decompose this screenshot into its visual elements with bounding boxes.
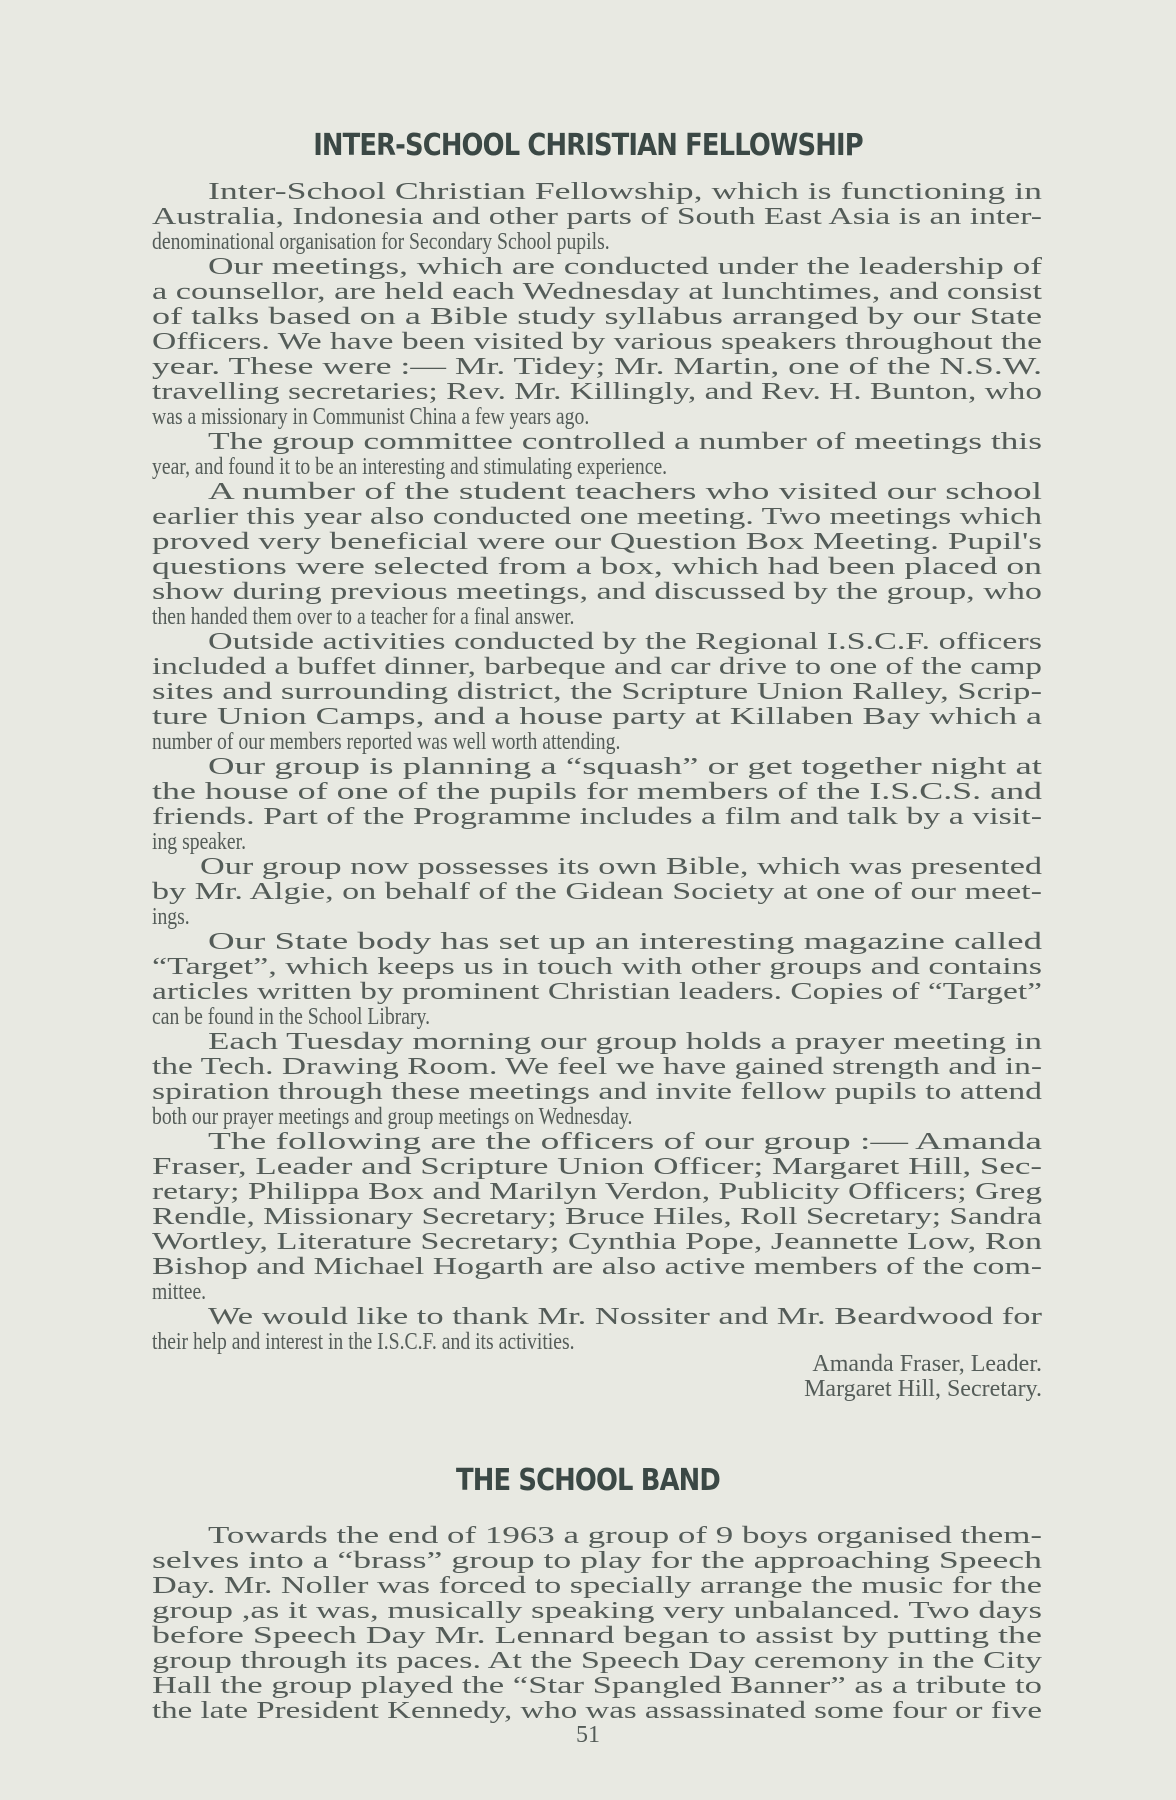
text-line: Our group is planning a “squash” or get … xyxy=(152,755,1042,780)
text-line: Rendle, Missionary Secretary; Bruce Hile… xyxy=(152,1205,1042,1230)
text-line: show during previous meetings, and discu… xyxy=(152,580,1042,605)
text-line: Our meetings, which are conducted under … xyxy=(152,255,1042,280)
paragraph: Each Tuesday morning our group holds a p… xyxy=(152,1030,1042,1130)
text-line: Hall the group played the “Star Spangled… xyxy=(152,1674,1042,1699)
text-line: included a buffet dinner, barbeque and c… xyxy=(152,655,1042,680)
text-line: mittee. xyxy=(152,1280,1042,1305)
text-line: friends. Part of the Programme includes … xyxy=(152,805,1042,830)
text-line: Wortley, Literature Secretary; Cynthia P… xyxy=(152,1230,1042,1255)
paragraph: Towards the end of 1963 a group of 9 boy… xyxy=(152,1524,1042,1724)
section-title-school-band: THE SCHOOL BAND xyxy=(82,1463,1093,1498)
text-line: proved very beneficial were our Question… xyxy=(152,530,1042,555)
text-line: Each Tuesday morning our group holds a p… xyxy=(152,1030,1042,1055)
paragraph: We would like to thank Mr. Nossiter and … xyxy=(152,1305,1042,1355)
document-page: INTER-SCHOOL CHRISTIAN FELLOWSHIP Inter-… xyxy=(0,0,1176,1800)
text-line: a counsellor, are held each Wednesday at… xyxy=(152,280,1042,305)
text-line: Australia, Indonesia and other parts of … xyxy=(152,205,1042,230)
section-body-school-band: Towards the end of 1963 a group of 9 boy… xyxy=(152,1524,1042,1724)
text-line: Bishop and Michael Hogarth are also acti… xyxy=(152,1255,1042,1280)
text-line: was a missionary in Communist China a fe… xyxy=(152,405,1042,430)
text-line: travelling secretaries; Rev. Mr. Killing… xyxy=(152,380,1042,405)
text-line: year, and found it to be an interesting … xyxy=(152,455,1042,480)
signature-secretary: Margaret Hill, Secretary. xyxy=(804,1377,1042,1402)
paragraph: The following are the officers of our gr… xyxy=(152,1130,1042,1305)
text-line: by Mr. Algie, on behalf of the Gidean So… xyxy=(152,880,1042,905)
text-line: number of our members reported was well … xyxy=(152,730,1042,755)
section-body-iscf: Inter-School Christian Fellowship, which… xyxy=(152,180,1042,1355)
text-line: denominational organisation for Secondar… xyxy=(152,230,1042,255)
text-line: year. These were :— Mr. Tidey; Mr. Marti… xyxy=(152,355,1042,380)
text-line: The following are the officers of our gr… xyxy=(152,1130,1042,1155)
text-line: Towards the end of 1963 a group of 9 boy… xyxy=(152,1524,1042,1549)
text-line: the house of one of the pupils for membe… xyxy=(152,780,1042,805)
paragraph: A number of the student teachers who vis… xyxy=(152,480,1042,630)
text-line: the Tech. Drawing Room. We feel we have … xyxy=(152,1055,1042,1080)
text-line: of talks based on a Bible study syllabus… xyxy=(152,305,1042,330)
text-line: ing speaker. xyxy=(152,830,1042,855)
text-line: articles written by prominent Christian … xyxy=(152,980,1042,1005)
text-line: questions were selected from a box, whic… xyxy=(152,555,1042,580)
text-line: A number of the student teachers who vis… xyxy=(152,480,1042,505)
text-line: both our prayer meetings and group meeti… xyxy=(152,1105,1042,1130)
text-line: earlier this year also conducted one mee… xyxy=(152,505,1042,530)
text-line: selves into a “brass” group to play for … xyxy=(152,1549,1042,1574)
paragraph: Outside activities conducted by the Regi… xyxy=(152,630,1042,755)
text-line: Fraser, Leader and Scripture Union Offic… xyxy=(152,1155,1042,1180)
text-line: retary; Philippa Box and Marilyn Verdon,… xyxy=(152,1180,1042,1205)
section-title-iscf: INTER-SCHOOL CHRISTIAN FELLOWSHIP xyxy=(82,128,1093,163)
text-line: Our group now possesses its own Bible, w… xyxy=(152,855,1042,880)
paragraph: Our group now possesses its own Bible, w… xyxy=(152,855,1042,930)
text-line: Day. Mr. Noller was forced to specially … xyxy=(152,1574,1042,1599)
text-line: Inter-School Christian Fellowship, which… xyxy=(152,180,1042,205)
text-line: Outside activities conducted by the Regi… xyxy=(152,630,1042,655)
page-number: 51 xyxy=(0,1722,1176,1749)
signature-leader: Amanda Fraser, Leader. xyxy=(812,1352,1042,1377)
text-line: ture Union Camps, and a house party at K… xyxy=(152,705,1042,730)
text-line: ings. xyxy=(152,905,1042,930)
text-line: “Target”, which keeps us in touch with o… xyxy=(152,955,1042,980)
text-line: group ,as it was, musically speaking ver… xyxy=(152,1599,1042,1624)
text-line: then handed them over to a teacher for a… xyxy=(152,605,1042,630)
paragraph: The group committee controlled a number … xyxy=(152,430,1042,480)
text-line: the late President Kennedy, who was assa… xyxy=(152,1699,1042,1724)
text-line: can be found in the School Library. xyxy=(152,1005,1042,1030)
paragraph: Inter-School Christian Fellowship, which… xyxy=(152,180,1042,255)
text-line: Officers. We have been visited by variou… xyxy=(152,330,1042,355)
paragraph: Our State body has set up an interesting… xyxy=(152,930,1042,1030)
text-line: The group committee controlled a number … xyxy=(152,430,1042,455)
text-line: We would like to thank Mr. Nossiter and … xyxy=(152,1305,1042,1330)
text-line: group through its paces. At the Speech D… xyxy=(152,1649,1042,1674)
text-line: sites and surrounding district, the Scri… xyxy=(152,680,1042,705)
text-line: spiration through these meetings and inv… xyxy=(152,1080,1042,1105)
text-line: before Speech Day Mr. Lennard began to a… xyxy=(152,1624,1042,1649)
text-line: Our State body has set up an interesting… xyxy=(152,930,1042,955)
paragraph: Our group is planning a “squash” or get … xyxy=(152,755,1042,855)
paragraph: Our meetings, which are conducted under … xyxy=(152,255,1042,430)
